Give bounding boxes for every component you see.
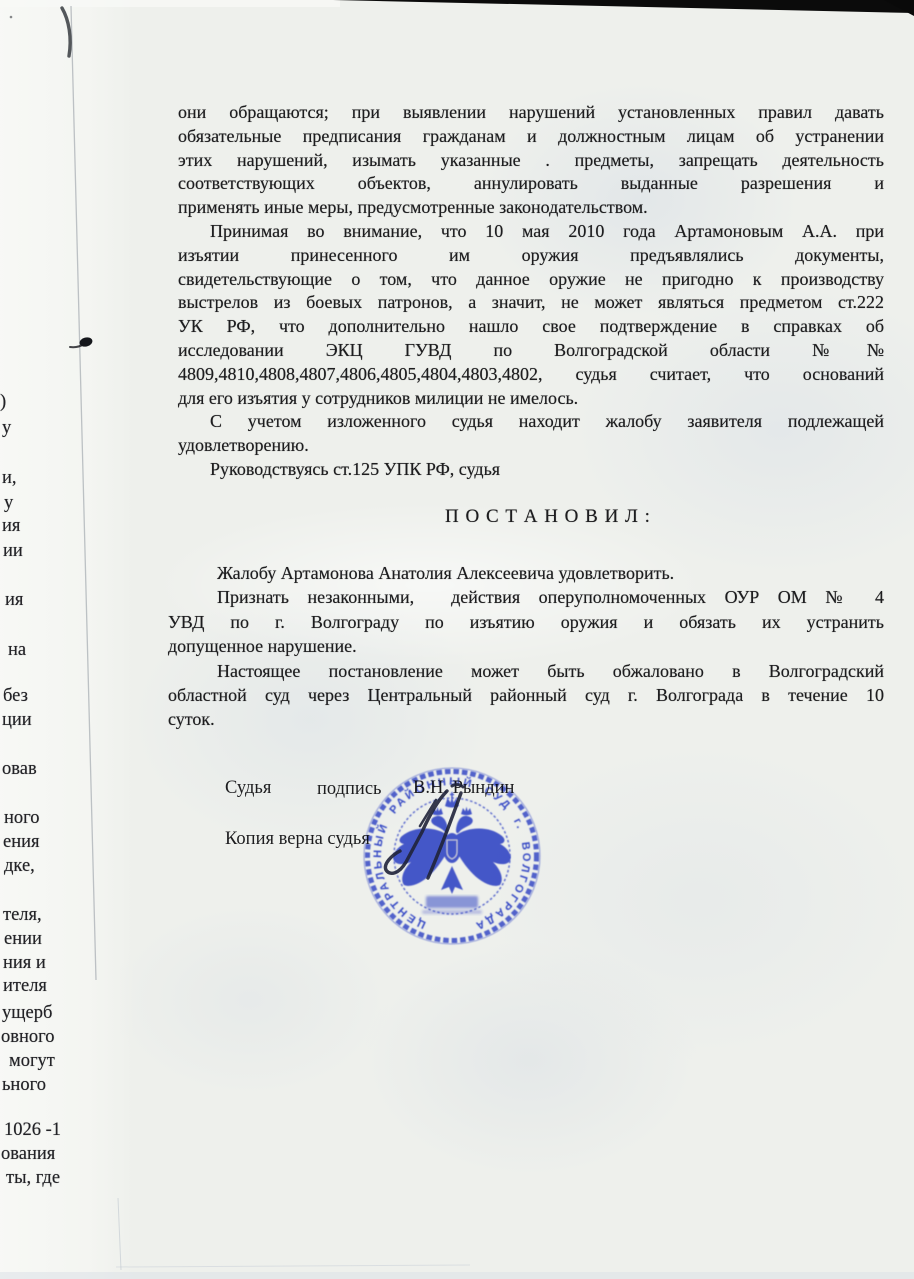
fragment-text: ты, где: [6, 1168, 60, 1189]
text-line: С учетом изложенного судья находит жалоб…: [178, 410, 884, 434]
fragment-text: ции: [2, 710, 32, 731]
text-line: для его изъятия у сотрудников милиции не…: [178, 387, 884, 411]
fragment-text: ении: [4, 929, 42, 950]
text-line: допущенное нарушение.: [168, 634, 884, 658]
page-crease-line: [71, 6, 96, 980]
text-line: Принимая во внимание, что 10 мая 2010 го…: [178, 220, 884, 244]
underlying-page-edge: [118, 1198, 121, 1270]
fragment-text: ителя: [3, 976, 47, 997]
stamp-center-smudge: [422, 896, 482, 914]
text-line: областной суд через Центральный районный…: [168, 683, 884, 707]
text-line: Руководствуясь ст.125 УПК РФ, судья: [178, 458, 884, 482]
judge-label: Судья: [225, 778, 271, 799]
fragment-text: ия: [2, 516, 20, 537]
resolution-heading: П О С Т А Н О В И Л :: [172, 505, 884, 529]
fragment-text: ущерб: [2, 1003, 52, 1024]
decision-body-text: они обращаются; при выявлении нарушений …: [178, 101, 884, 482]
text-line: этих нарушений, изымать указанные . пред…: [178, 149, 884, 173]
text-line: выстрелов из боевых патронов, а значит, …: [178, 291, 884, 315]
scanner-edge-shadow: [333, 0, 914, 13]
text-line: соответствующих объектов, аннулировать в…: [178, 172, 884, 196]
fragment-text: могут: [9, 1051, 55, 1072]
bottom-faint-line: [116, 1265, 470, 1267]
text-line: суток.: [168, 707, 884, 731]
fragment-text: на: [8, 640, 26, 661]
ink-blot: [79, 336, 94, 348]
scanner-corner-shadow: [884, 0, 914, 16]
fragment-text: без: [3, 686, 28, 707]
fragment-text: ии: [3, 541, 23, 562]
page-curl-mark: [62, 8, 70, 56]
text-line: Настоящее постановление может быть обжал…: [168, 659, 884, 683]
text-line: Признать незаконными, действия оперуполн…: [168, 585, 884, 609]
double-headed-eagle-emblem: [393, 792, 510, 894]
fragment-text: 1026 -1: [4, 1120, 61, 1141]
fragment-text: ия: [5, 590, 23, 611]
text-line: применять иные меры, предусмотренные зак…: [178, 196, 884, 220]
fragment-text: и,: [2, 468, 17, 489]
text-line: 4809,4810,4808,4807,4806,4805,4804,4803,…: [178, 363, 884, 387]
fragment-text: теля,: [3, 905, 42, 926]
bottom-edge-strip: [0, 1272, 914, 1279]
copy-certification-label: Копия верна судья: [225, 829, 370, 850]
text-line: УВД по г. Волгограду по изъятию оружия и…: [168, 610, 884, 634]
text-line: Жалобу Артамонова Анатолия Алексеевича у…: [168, 561, 884, 585]
court-stamp: ЦЕНТРАЛЬНЫЙ РАЙОННЫЙ СУД г. ВОЛГОГРАДА: [352, 756, 552, 956]
fragment-text: ования: [1, 1144, 55, 1165]
scanned-court-decision-page: )уи,уияиииянабезцииовавногоениядке,теля,…: [0, 0, 914, 1279]
text-line: УК РФ, что дополнительно нашло свое подт…: [178, 315, 884, 339]
fragment-text: у: [2, 418, 11, 439]
fragment-text: у: [4, 493, 13, 514]
text-line: свидетельствующие о том, что данное оруж…: [178, 268, 884, 292]
fragment-text: ения: [3, 832, 40, 853]
dust-speck: [10, 16, 13, 19]
fragment-text: ьного: [2, 1075, 46, 1096]
scanner-top-light-strip: [0, 0, 340, 7]
text-line: обязательные предписания гражданам и дол…: [178, 125, 884, 149]
fragment-text: овав: [2, 759, 37, 780]
text-line: изъятии принесенного им оружия предъявля…: [178, 244, 884, 268]
fragment-text: ): [0, 392, 6, 413]
text-line: они обращаются; при выявлении нарушений …: [178, 101, 884, 125]
fragment-text: ния и: [3, 953, 46, 974]
resolution-body-text: Жалобу Артамонова Анатолия Алексеевича у…: [168, 561, 884, 732]
text-line: удовлетворению.: [178, 434, 884, 458]
fragment-text: ного: [4, 808, 40, 829]
text-line: исследовании ЭКЦ ГУВД по Волгоградской о…: [178, 339, 884, 363]
ink-blot-tail: [70, 344, 84, 347]
fragment-text: дке,: [4, 856, 35, 877]
fragment-text: овного: [1, 1027, 55, 1048]
